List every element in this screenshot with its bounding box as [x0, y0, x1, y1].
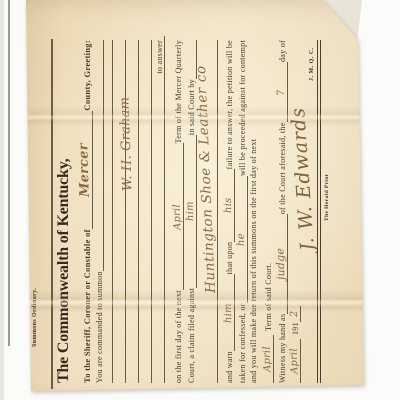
ruled-line	[125, 40, 139, 383]
witness-line: Witness my hand as judge of the Court af…	[275, 40, 288, 383]
handwritten-said-court-month: April	[262, 346, 274, 372]
confessed-line: taken for confessed, or he will be proce…	[236, 40, 248, 383]
to-answer-line: to answer	[151, 36, 165, 383]
warn-blank-2: his	[223, 169, 235, 241]
witness-text-1: Witness my hand as	[278, 314, 287, 383]
said-court-month-blank: April	[262, 335, 274, 383]
handwritten-county: Mercer	[77, 143, 93, 197]
margin-label: Summons Ordinary.	[32, 288, 38, 347]
ruled-line	[138, 40, 152, 383]
handwritten-his: his	[223, 198, 235, 214]
ruled-line	[204, 40, 218, 383]
term-month-blank: April	[172, 143, 184, 290]
greeting-text: County, Greeting:	[83, 40, 93, 111]
said-court-text: Term of said Court.	[264, 263, 273, 331]
warn-blank-1: him	[223, 274, 235, 351]
witness-title-blank: judge	[275, 214, 288, 313]
date-line: April 191 2	[289, 253, 301, 383]
summons-form: Summons Ordinary. The Commonwealth of Ke…	[26, 0, 363, 391]
warn-line: and warn him that upon his failure to an…	[223, 40, 235, 383]
term-line-text-2: Term of the Mercer Quarterly	[174, 40, 183, 143]
handwritten-him: him	[223, 303, 235, 323]
county-blank: Mercer	[78, 111, 93, 230]
term-line-text-1: on the first day of the next	[174, 290, 183, 383]
form-title: The Commonwealth of Kentucky,	[55, 159, 73, 383]
top-rule	[51, 39, 53, 389]
signature-title: J. M. Q. C.	[309, 47, 315, 81]
signature: J. W. Edwards	[287, 106, 319, 251]
paper-shadow: Summons Ordinary. The Commonwealth of Ke…	[0, 0, 400, 400]
to-answer-label: to answer	[155, 40, 164, 74]
term-line: on the first day of the next April Term …	[172, 40, 184, 383]
said-court-line: April Term of said Court.	[262, 223, 274, 383]
sheriff-line-text: To the Sheriff, Coroner or Constable of	[83, 229, 93, 383]
printed-year: 191	[291, 322, 300, 335]
claim-line-text-1: Court, a claim filed against	[187, 288, 196, 383]
witness-text-3: day of	[278, 40, 287, 62]
claim-pronoun-blank: him	[185, 135, 197, 288]
witness-day-blank: 7	[276, 62, 288, 122]
handwritten-year-digit: 2	[289, 311, 301, 318]
ruled-line	[99, 40, 113, 383]
witness-text-2: of the Court aforesaid, the	[278, 122, 287, 214]
scanned-document-page: Summons Ordinary. The Commonwealth of Ke…	[0, 0, 400, 400]
handwritten-pronoun: him	[185, 201, 197, 221]
printer-credit: The Herald Print	[324, 174, 330, 221]
handwritten-term-month: April	[172, 204, 184, 230]
date-month-blank: April	[289, 339, 301, 383]
ruled-line	[112, 40, 126, 383]
confessed-text-1: taken for confessed, or	[238, 303, 247, 383]
bottom-rule	[317, 40, 321, 383]
warn-text-1: and warn	[225, 351, 234, 383]
paper: Summons Ordinary. The Commonwealth of Ke…	[0, 0, 400, 400]
handwritten-judge: judge	[275, 248, 288, 280]
handwritten-month: April	[289, 348, 301, 374]
confessed-text-2: will be proceeded against for contempt	[238, 40, 247, 176]
confessed-blank: he	[236, 176, 248, 303]
warn-text-3: failure to answer, the petition will be	[225, 40, 234, 169]
handwritten-day: 7	[276, 89, 288, 96]
warn-text-2: that upon	[225, 242, 234, 275]
return-line-text: and you will make due return of this sum…	[249, 139, 258, 383]
year-digit-blank: 2	[289, 306, 301, 322]
handwritten-he: he	[236, 233, 248, 246]
return-line: and you will make due return of this sum…	[249, 40, 258, 383]
sheriff-line: To the Sheriff, Coroner or Constable of …	[78, 40, 93, 383]
